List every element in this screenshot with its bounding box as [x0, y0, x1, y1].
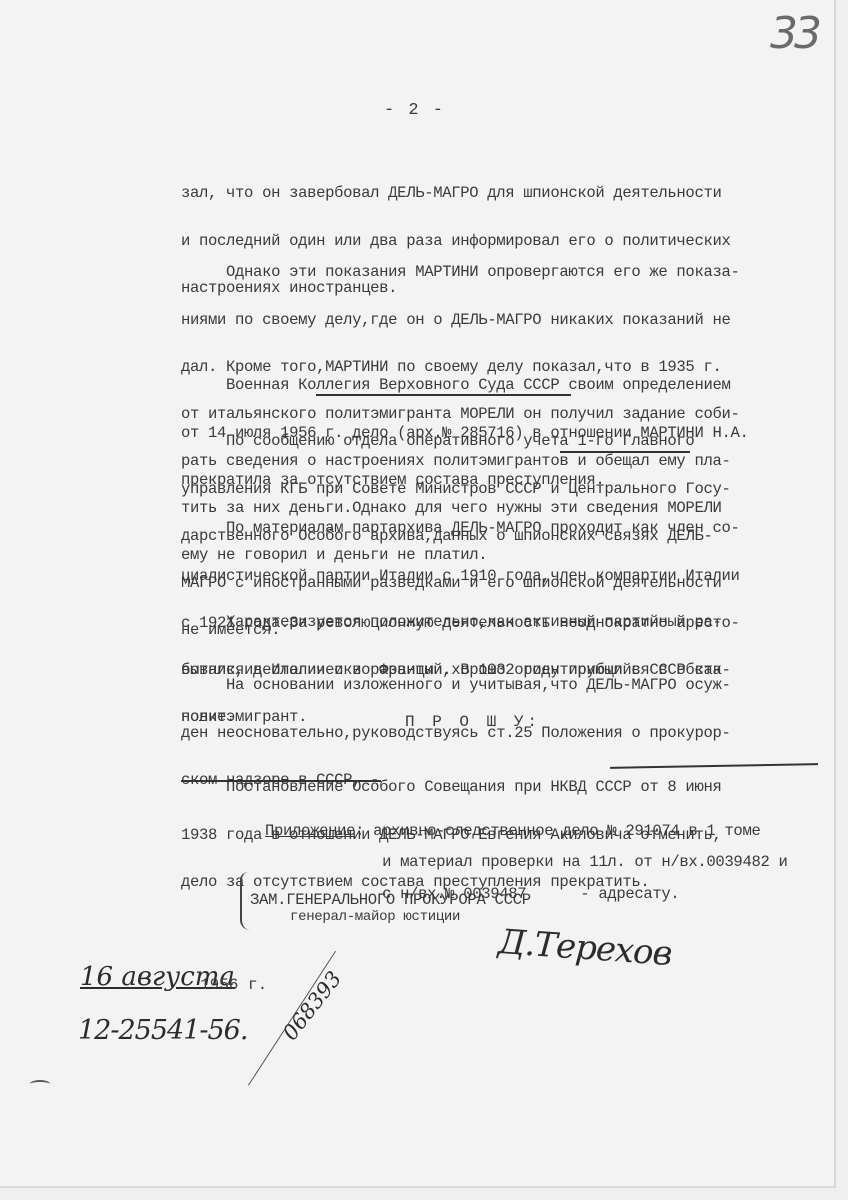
- margin-mark: [30, 1080, 50, 1088]
- text-line: Постановление Особого Совещания при НКВД…: [181, 780, 841, 796]
- printed-year: 1956 г.: [200, 976, 267, 994]
- text-line: Однако эти показания МАРТИНИ опровергают…: [181, 265, 841, 281]
- text-line: На основании изложенного и учитывая,что …: [181, 678, 841, 694]
- handwritten-signature: Д.Терехов: [497, 922, 673, 974]
- signatory-title: ЗАМ.ГЕНЕРАЛЬНОГО ПРОКУРОРА СССР: [250, 891, 531, 909]
- text-line: : архивно-следственное дело № 291074 в 1…: [355, 822, 760, 840]
- text-line: По материалам партархива ДЕЛЬ-МАГРО прох…: [181, 521, 841, 537]
- text-line: зал, что он завербовал ДЕЛЬ-МАГРО для шп…: [181, 186, 841, 202]
- document-page: 33 - 2 - зал, что он завербовал ДЕЛЬ-МАГ…: [0, 0, 836, 1188]
- text-line: ниями по своему делу,где он о ДЕЛЬ-МАГРО…: [181, 313, 841, 329]
- folio-number: 33: [770, 8, 818, 59]
- signatory-rank: генерал-майор юстиции: [290, 909, 460, 925]
- text-line: и материал проверки на 11л. от н/вх.0039…: [265, 853, 787, 871]
- attachment-label: Приложение: [265, 822, 355, 840]
- text-line: Военная Коллегия Верховного Суда СССР св…: [181, 378, 841, 394]
- page-number: - 2 -: [384, 101, 445, 120]
- pencil-underline: [560, 451, 690, 453]
- request-heading: П Р О Ш У:: [405, 713, 541, 731]
- text-line: циалистической партии Италии с 1910 года…: [181, 569, 841, 585]
- text-line: По сообщению отдела оперативного учета 1…: [181, 434, 841, 450]
- text-line: Характеризуется положительно,как активны…: [181, 615, 841, 631]
- diagonal-number: 068393: [278, 967, 346, 1045]
- pencil-underline: [316, 394, 571, 396]
- pencil-underline: [181, 780, 381, 782]
- registration-number: 12-25541-56.: [78, 1015, 247, 1046]
